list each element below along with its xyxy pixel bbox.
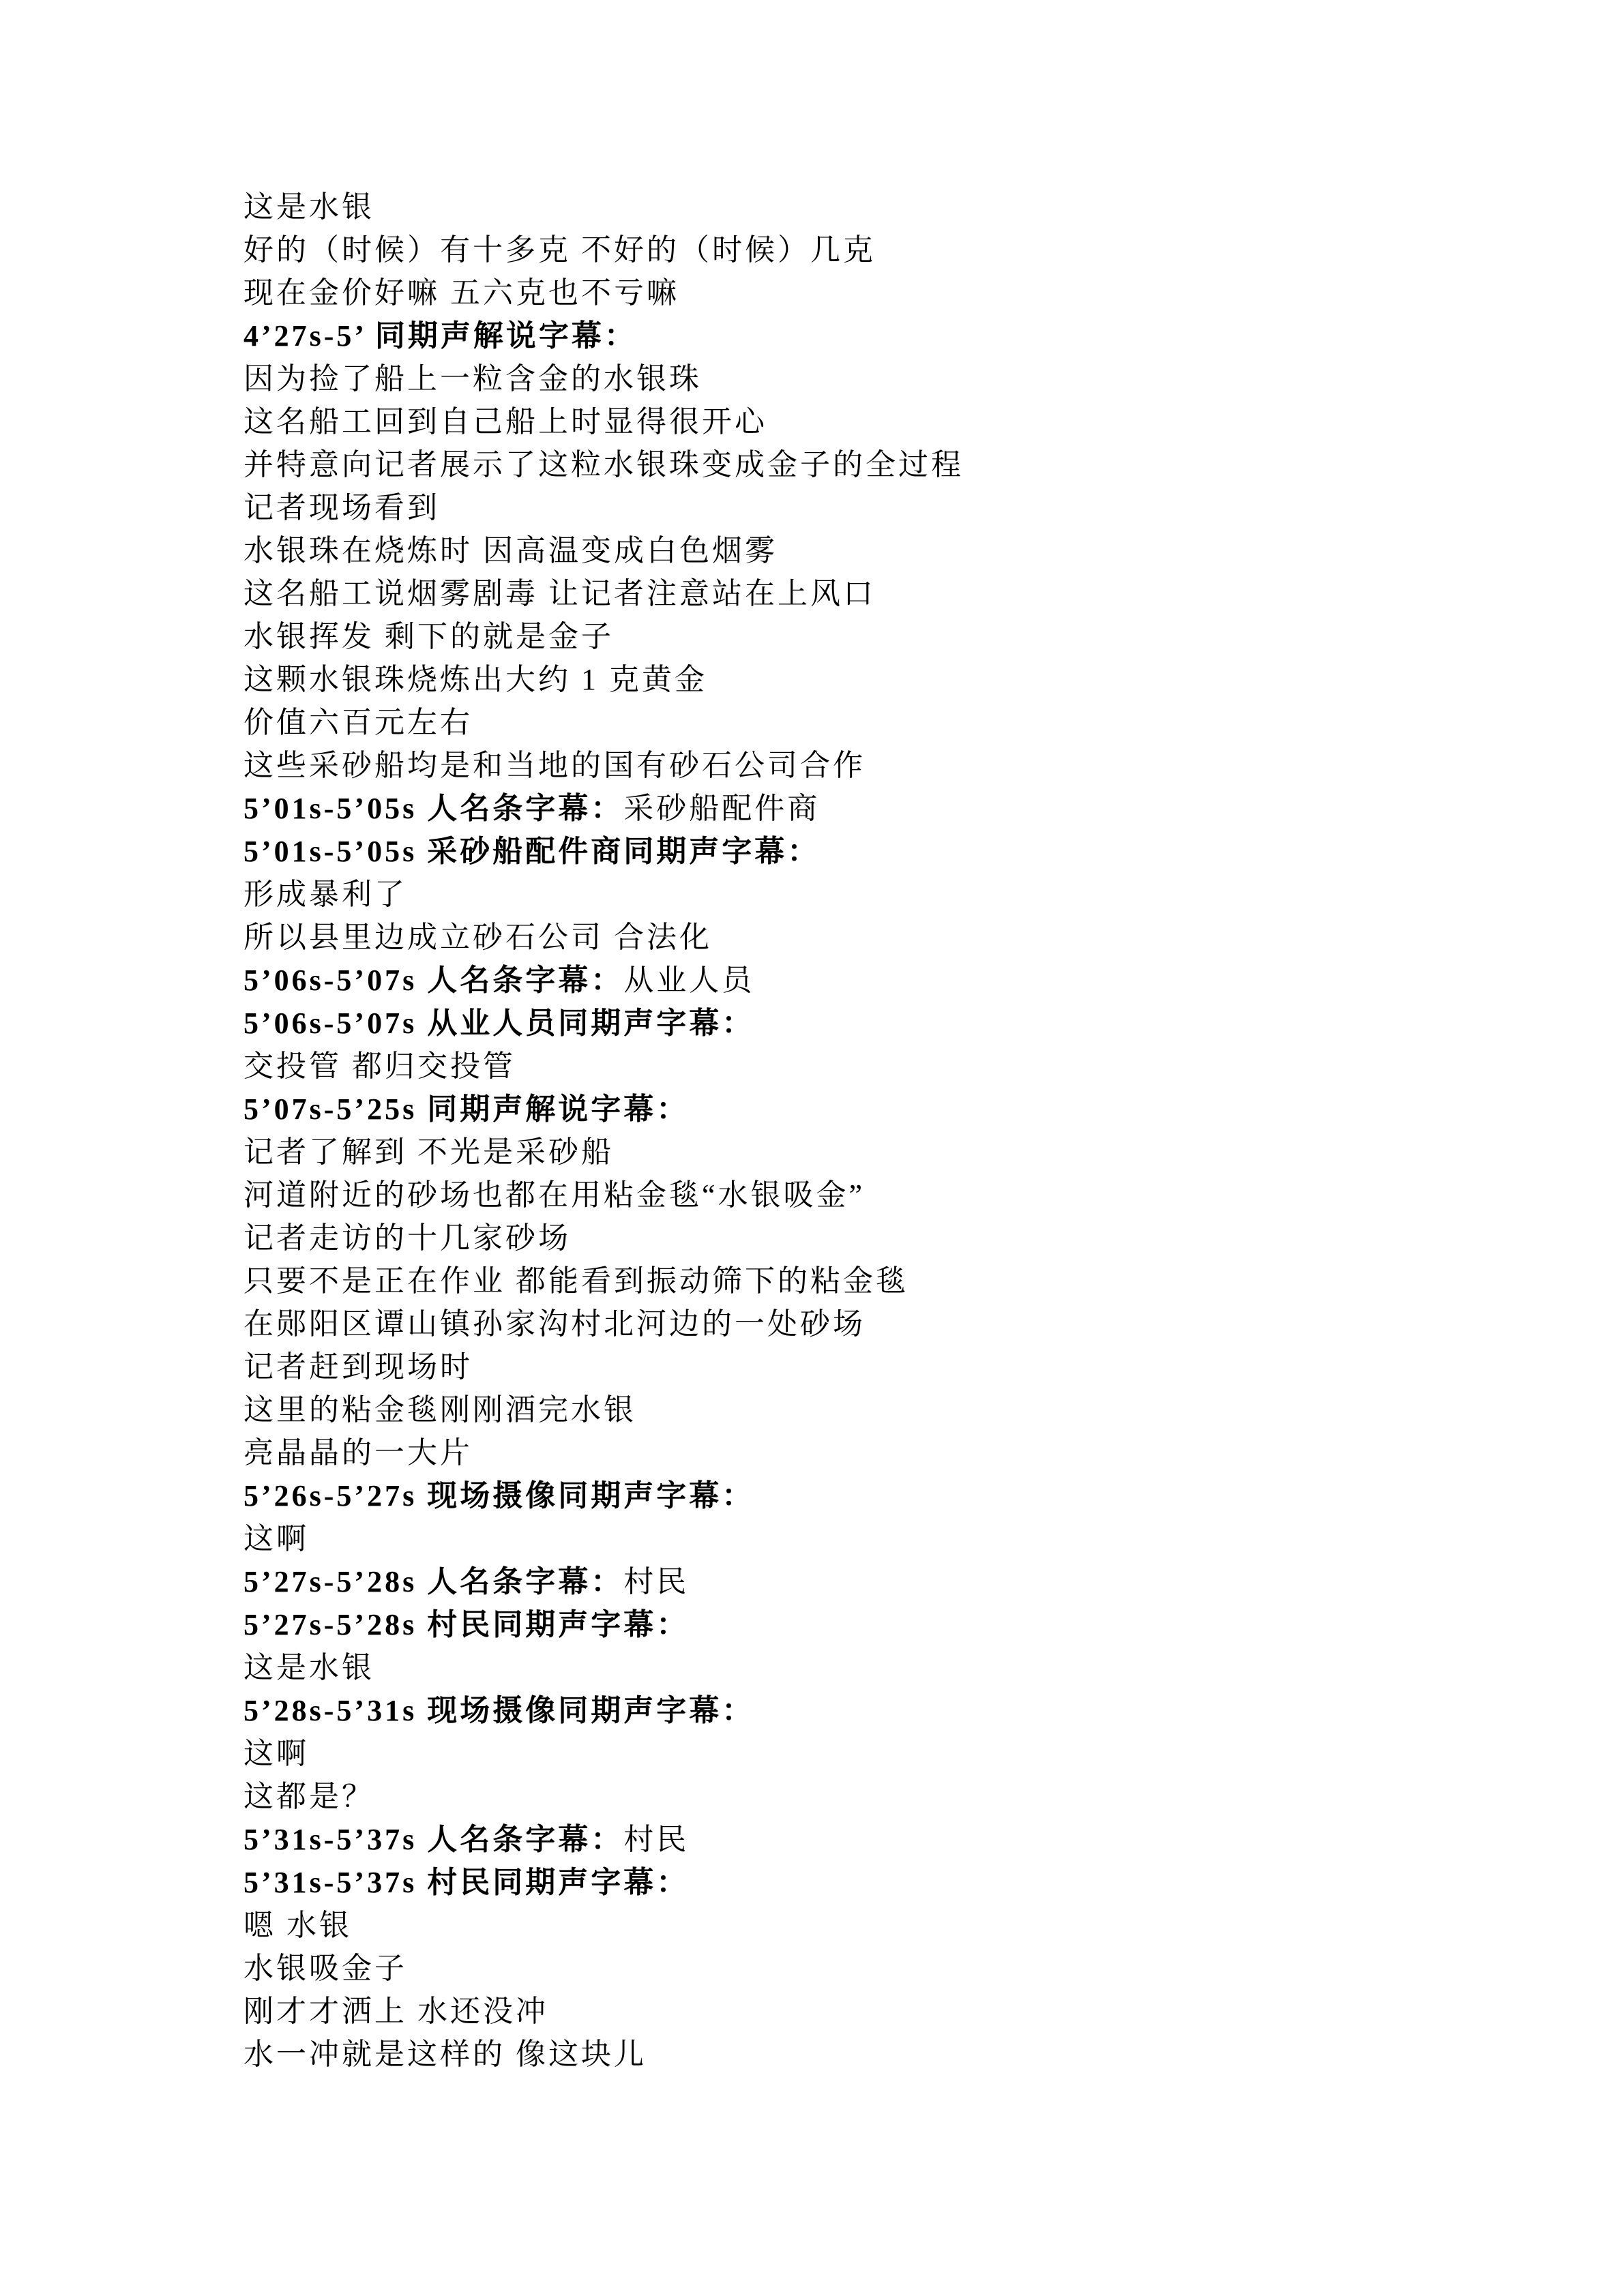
- transcript-text-segment: 从业人员: [623, 964, 754, 997]
- transcript-line: 亮晶晶的一大片: [243, 1431, 1403, 1474]
- transcript-text-segment: 价值六百元左右: [243, 706, 473, 739]
- transcript-line: 这名船工回到自己船上时显得很开心: [243, 400, 1403, 443]
- timestamp-header-segment: 4’27s-5’ 同期声解说字幕：: [243, 319, 637, 353]
- transcript-text-segment: 村民: [623, 1565, 689, 1598]
- timestamp-header-segment: 5’06s-5’07s 从业人员同期声字幕：: [243, 1007, 754, 1040]
- transcript-line: 现在金价好嘛 五六克也不亏嘛: [243, 271, 1403, 314]
- transcript-text-segment: 好的（时候）有十多克 不好的（时候）几克: [243, 233, 876, 267]
- timestamp-header-segment: 5’27s-5’28s 村民同期声字幕：: [243, 1608, 689, 1641]
- transcript-line: 这都是？: [243, 1775, 1403, 1818]
- transcript-text-segment: 水银吸金子: [243, 1952, 407, 1985]
- transcript-text-segment: 这是水银: [243, 1651, 374, 1684]
- transcript-text-segment: 这名船工回到自己船上时显得很开心: [243, 405, 767, 438]
- transcript-text-segment: 这里的粘金毯刚刚酒完水银: [243, 1393, 636, 1427]
- transcript-text-segment: 水银珠在烧炼时 因高温变成白色烟雾: [243, 534, 778, 567]
- transcript-text-segment: 这啊: [243, 1737, 309, 1770]
- transcript-text-segment: 嗯 水银: [243, 1909, 352, 1942]
- transcript-text-segment: 这些采砂船均是和当地的国有砂石公司合作: [243, 749, 866, 782]
- transcript-line: 5’01s-5’05s 采砂船配件商同期声字幕：: [243, 830, 1403, 873]
- transcript-line: 只要不是正在作业 都能看到振动筛下的粘金毯: [243, 1259, 1403, 1302]
- transcript-text-segment: 采砂船配件商: [623, 792, 820, 825]
- transcript-line: 所以县里边成立砂石公司 合法化: [243, 916, 1403, 959]
- transcript-line: 5’31s-5’37s 村民同期声字幕：: [243, 1861, 1403, 1904]
- timestamp-header-segment: 5’28s-5’31s 现场摄像同期声字幕：: [243, 1694, 754, 1727]
- transcript-text-segment: 村民: [623, 1823, 689, 1856]
- transcript-line: 这是水银: [243, 1646, 1403, 1689]
- document-page: 这是水银好的（时候）有十多克 不好的（时候）几克现在金价好嘛 五六克也不亏嘛4’…: [0, 0, 1624, 2296]
- transcript-line: 刚才才洒上 水还没冲: [243, 1990, 1403, 2033]
- transcript-line: 记者赶到现场时: [243, 1345, 1403, 1388]
- transcript-line: 价值六百元左右: [243, 701, 1403, 744]
- transcript-line: 这是水银: [243, 185, 1403, 228]
- transcript-line: 4’27s-5’ 同期声解说字幕：: [243, 314, 1403, 357]
- transcript-line: 交投管 都归交投管: [243, 1045, 1403, 1088]
- transcript-line: 形成暴利了: [243, 873, 1403, 916]
- timestamp-header-segment: 5’07s-5’25s 同期声解说字幕：: [243, 1092, 689, 1126]
- transcript-text-segment: 记者了解到 不光是采砂船: [243, 1135, 614, 1169]
- transcript-line: 水银珠在烧炼时 因高温变成白色烟雾: [243, 529, 1403, 572]
- transcript-line: 记者现场看到: [243, 486, 1403, 529]
- transcript-text-segment: 在郧阳区谭山镇孙家沟村北河边的一处砂场: [243, 1307, 866, 1341]
- transcript-text-segment: 形成暴利了: [243, 878, 407, 911]
- transcript-line: 在郧阳区谭山镇孙家沟村北河边的一处砂场: [243, 1302, 1403, 1345]
- timestamp-header-segment: 5’26s-5’27s 现场摄像同期声字幕：: [243, 1479, 754, 1512]
- transcript-text-segment: 这啊: [243, 1522, 309, 1555]
- timestamp-header-segment: 5’01s-5’05s 人名条字幕：: [243, 792, 623, 825]
- transcript-text-segment: 河道附近的砂场也都在用粘金毯“水银吸金”: [243, 1178, 865, 1212]
- transcript-line: 水银吸金子: [243, 1947, 1403, 1990]
- timestamp-header-segment: 5’01s-5’05s 采砂船配件商同期声字幕：: [243, 835, 820, 868]
- transcript-text-segment: 这颗水银珠烧炼出大约 1 克黄金: [243, 663, 707, 696]
- transcript-text-segment: 记者走访的十几家砂场: [243, 1221, 571, 1255]
- timestamp-header-segment: 5’06s-5’07s 人名条字幕：: [243, 964, 623, 997]
- transcript-text-segment: 水一冲就是这样的 像这块儿: [243, 2038, 647, 2071]
- transcript-line: 这啊: [243, 1732, 1403, 1775]
- transcript-text-segment: 记者现场看到: [243, 491, 440, 524]
- transcript-line: 这名船工说烟雾剧毒 让记者注意站在上风口: [243, 572, 1403, 615]
- transcript: 这是水银好的（时候）有十多克 不好的（时候）几克现在金价好嘛 五六克也不亏嘛4’…: [243, 185, 1403, 2076]
- transcript-text-segment: 只要不是正在作业 都能看到振动筛下的粘金毯: [243, 1264, 909, 1298]
- transcript-line: 5’28s-5’31s 现场摄像同期声字幕：: [243, 1689, 1403, 1732]
- transcript-line: 5’06s-5’07s 从业人员同期声字幕：: [243, 1002, 1403, 1045]
- transcript-line: 这颗水银珠烧炼出大约 1 克黄金: [243, 658, 1403, 701]
- transcript-line: 记者了解到 不光是采砂船: [243, 1131, 1403, 1174]
- transcript-line: 水一冲就是这样的 像这块儿: [243, 2033, 1403, 2076]
- transcript-line: 水银挥发 剩下的就是金子: [243, 615, 1403, 658]
- transcript-line: 5’06s-5’07s 人名条字幕：从业人员: [243, 959, 1403, 1002]
- timestamp-header-segment: 5’27s-5’28s 人名条字幕：: [243, 1565, 623, 1598]
- transcript-line: 5’26s-5’27s 现场摄像同期声字幕：: [243, 1474, 1403, 1517]
- transcript-text-segment: 现在金价好嘛 五六克也不亏嘛: [243, 276, 679, 310]
- transcript-line: 并特意向记者展示了这粒水银珠变成金子的全过程: [243, 443, 1403, 486]
- transcript-text-segment: 交投管 都归交投管: [243, 1049, 516, 1083]
- transcript-line: 这啊: [243, 1517, 1403, 1560]
- transcript-text-segment: 因为捡了船上一粒含金的水银珠: [243, 362, 702, 396]
- transcript-text-segment: 并特意向记者展示了这粒水银珠变成金子的全过程: [243, 448, 964, 481]
- transcript-line: 河道附近的砂场也都在用粘金毯“水银吸金”: [243, 1174, 1403, 1217]
- transcript-text-segment: 这名船工说烟雾剧毒 让记者注意站在上风口: [243, 577, 876, 610]
- transcript-text-segment: 刚才才洒上 水还没冲: [243, 1995, 548, 2028]
- transcript-line: 5’31s-5’37s 人名条字幕：村民: [243, 1818, 1403, 1861]
- transcript-text-segment: 这都是？: [243, 1780, 374, 1813]
- transcript-text-segment: 这是水银: [243, 190, 374, 224]
- transcript-line: 记者走访的十几家砂场: [243, 1217, 1403, 1259]
- transcript-line: 这里的粘金毯刚刚酒完水银: [243, 1388, 1403, 1431]
- transcript-text-segment: 所以县里边成立砂石公司 合法化: [243, 921, 712, 954]
- transcript-text-segment: 记者赶到现场时: [243, 1350, 473, 1384]
- transcript-line: 好的（时候）有十多克 不好的（时候）几克: [243, 228, 1403, 271]
- transcript-text-segment: 亮晶晶的一大片: [243, 1436, 473, 1470]
- transcript-line: 嗯 水银: [243, 1904, 1403, 1947]
- timestamp-header-segment: 5’31s-5’37s 人名条字幕：: [243, 1823, 623, 1856]
- timestamp-header-segment: 5’31s-5’37s 村民同期声字幕：: [243, 1866, 689, 1899]
- transcript-text-segment: 水银挥发 剩下的就是金子: [243, 620, 614, 653]
- transcript-line: 5’27s-5’28s 村民同期声字幕：: [243, 1603, 1403, 1646]
- transcript-line: 5’07s-5’25s 同期声解说字幕：: [243, 1088, 1403, 1131]
- transcript-line: 5’27s-5’28s 人名条字幕：村民: [243, 1560, 1403, 1603]
- transcript-line: 这些采砂船均是和当地的国有砂石公司合作: [243, 744, 1403, 787]
- transcript-line: 因为捡了船上一粒含金的水银珠: [243, 357, 1403, 400]
- transcript-line: 5’01s-5’05s 人名条字幕：采砂船配件商: [243, 787, 1403, 830]
